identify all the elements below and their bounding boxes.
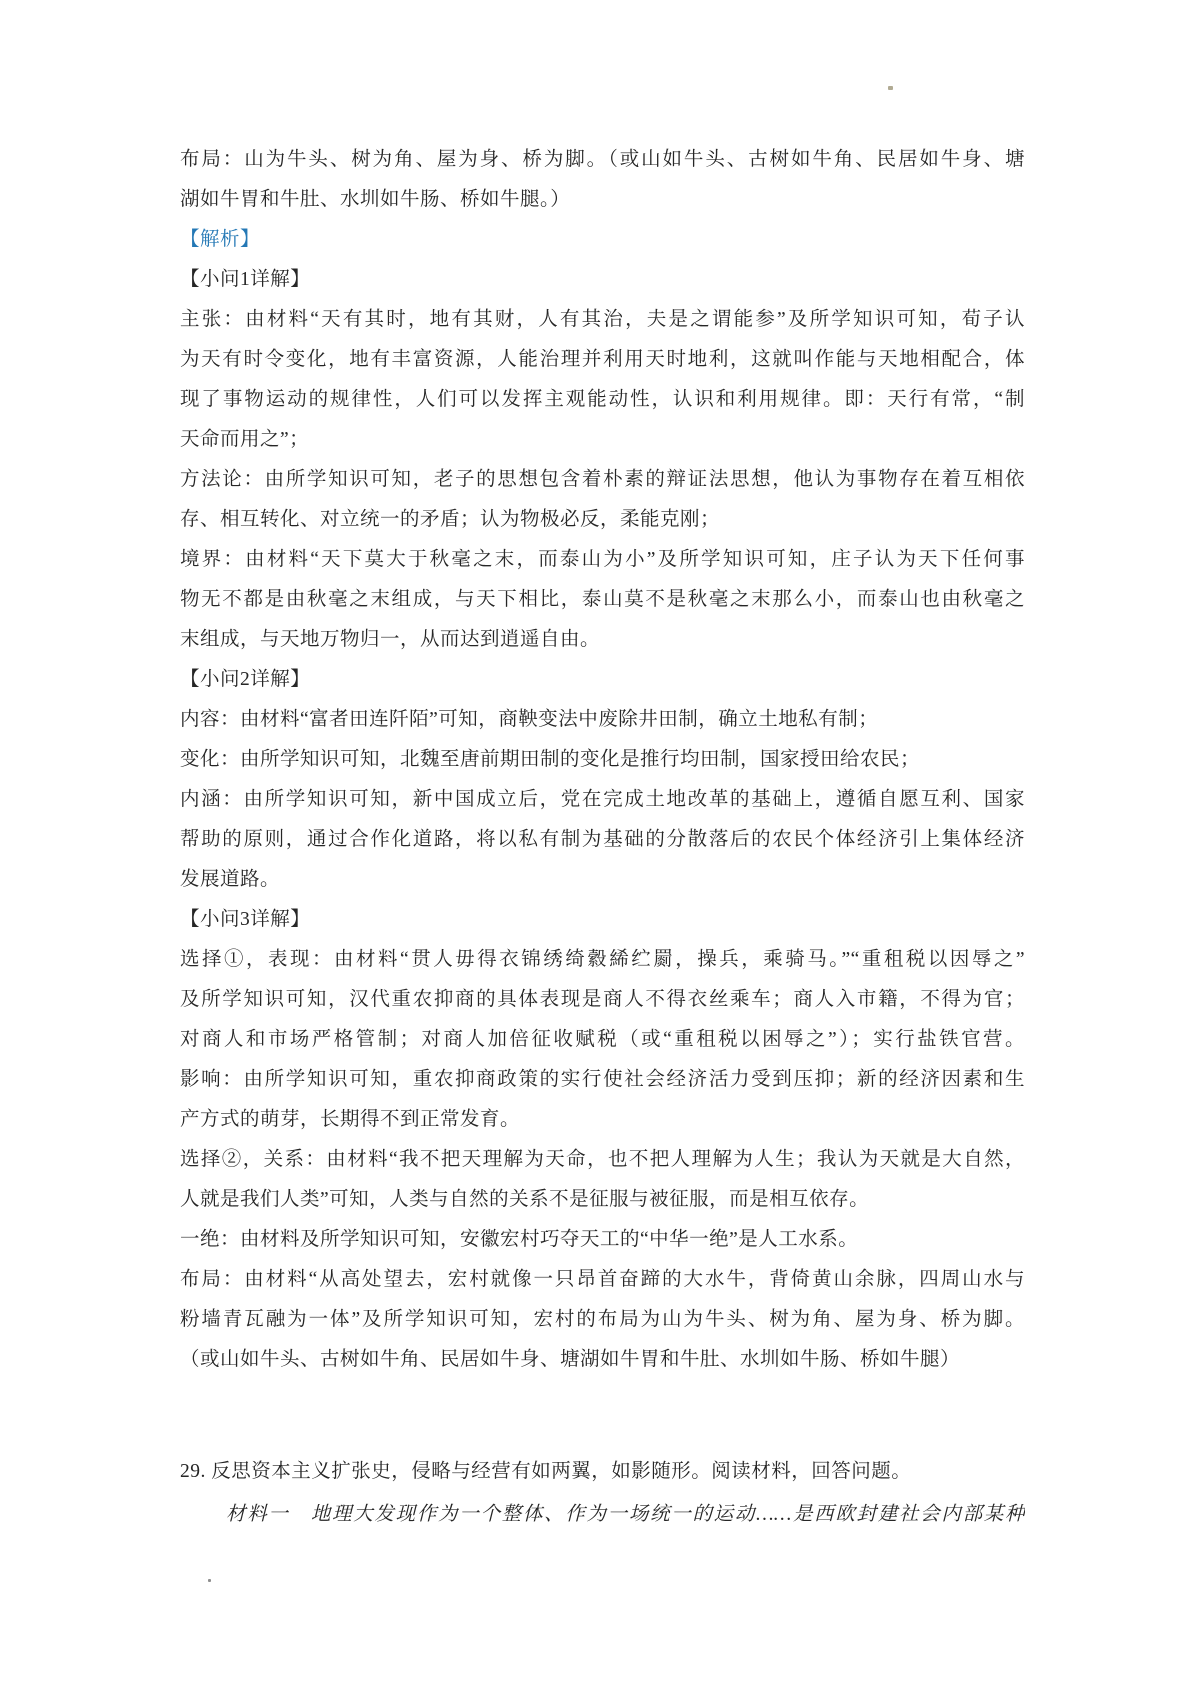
scan-speck	[888, 86, 893, 90]
subquestion2-header: 【小问2详解】	[180, 660, 1025, 700]
text-line: 主张：由材料“天有其时，地有其财，人有其治，夫是之谓能参”及所学知识可知，荀子认	[180, 300, 1025, 340]
text-line: 一绝：由材料及所学知识可知，安徽宏村巧夺天工的“中华一绝”是人工水系。	[180, 1220, 1025, 1260]
text-line: 产方式的萌芽，长期得不到正常发育。	[180, 1100, 1025, 1140]
text-line: 布局：由材料“从高处望去，宏村就像一只昂首奋蹄的大水牛，背倚黄山余脉，四周山水与	[180, 1260, 1025, 1300]
material-1: 材料一 地理大发现作为一个整体、作为一场统一的运动……是西欧封建社会内部某种	[180, 1495, 1025, 1535]
text-line: 物无不都是由秋毫之末组成，与天下相比，泰山莫不是秋毫之末那么小，而泰山也由秋毫之	[180, 580, 1025, 620]
text-line: 末组成，与天地万物归一，从而达到逍遥自由。	[180, 620, 1025, 660]
text-line: 现了事物运动的规律性，人们可以发挥主观能动性，认识和利用规律。即：天行有常，“制	[180, 380, 1025, 420]
text-line: 选择①，表现：由材料“贯人毋得衣锦绣绮縠絺纻罽，操兵，乘骑马。”“重租税以因辱之…	[180, 940, 1025, 980]
document-body: 布局：山为牛头、树为角、屋为身、桥为脚。（或山如牛头、古树如牛角、民居如牛身、塘…	[180, 140, 1025, 1535]
document-page: 布局：山为牛头、树为角、屋为身、桥为脚。（或山如牛头、古树如牛角、民居如牛身、塘…	[0, 0, 1200, 1698]
text-line: 对商人和市场严格管制；对商人加倍征收赋税（或“重租税以困辱之”）；实行盐铁官营。	[180, 1020, 1025, 1060]
text-line: 存、相互转化、对立统一的矛盾；认为物极必反，柔能克刚；	[180, 500, 1025, 540]
text-line: 内容：由材料“富者田连阡陌”可知，商鞅变法中废除井田制，确立土地私有制；	[180, 700, 1025, 740]
text-line: 布局：山为牛头、树为角、屋为身、桥为脚。（或山如牛头、古树如牛角、民居如牛身、塘	[180, 140, 1025, 180]
text-line: 及所学知识可知，汉代重农抑商的具体表现是商人不得衣丝乘车；商人入市籍，不得为官；	[180, 980, 1025, 1020]
text-line: （或山如牛头、古树如牛角、民居如牛身、塘湖如牛胃和牛肚、水圳如牛肠、桥如牛腿）	[180, 1340, 1025, 1380]
text-line: 选择②，关系：由材料“我不把天理解为天命，也不把人理解为人生；我认为天就是大自然…	[180, 1140, 1025, 1180]
text-line: 湖如牛胃和牛肚、水圳如牛肠、桥如牛腿。）	[180, 180, 1025, 220]
text-line: 内涵：由所学知识可知，新中国成立后，党在完成土地改革的基础上，遵循自愿互利、国家	[180, 780, 1025, 820]
text-line: 为天有时令变化，地有丰富资源，人能治理并利用天时地利，这就叫作能与天地相配合，体	[180, 340, 1025, 380]
text-line: 影响：由所学知识可知，重农抑商政策的实行使社会经济活力受到压抑；新的经济因素和生	[180, 1060, 1025, 1100]
scan-speck	[208, 1579, 211, 1582]
question-29: 29. 反思资本主义扩张史，侵略与经营有如两翼，如影随形。阅读材料，回答问题。	[180, 1452, 1025, 1492]
text-line: 变化：由所学知识可知，北魏至唐前期田制的变化是推行均田制，国家授田给农民；	[180, 740, 1025, 780]
text-line: 境界：由材料“天下莫大于秋毫之末，而泰山为小”及所学知识可知，庄子认为天下任何事	[180, 540, 1025, 580]
analysis-header: 【解析】	[180, 220, 1025, 260]
subquestion3-header: 【小问3详解】	[180, 900, 1025, 940]
text-line: 天命而用之”；	[180, 420, 1025, 460]
text-line: 发展道路。	[180, 860, 1025, 900]
text-line: 粉墙青瓦融为一体”及所学知识可知，宏村的布局为山为牛头、树为角、屋为身、桥为脚。	[180, 1300, 1025, 1340]
text-line: 人就是我们人类”可知，人类与自然的关系不是征服与被征服，而是相互依存。	[180, 1180, 1025, 1220]
text-line: 帮助的原则，通过合作化道路，将以私有制为基础的分散落后的农民个体经济引上集体经济	[180, 820, 1025, 860]
text-line: 方法论：由所学知识可知，老子的思想包含着朴素的辩证法思想，他认为事物存在着互相依	[180, 460, 1025, 500]
subquestion1-header: 【小问1详解】	[180, 260, 1025, 300]
